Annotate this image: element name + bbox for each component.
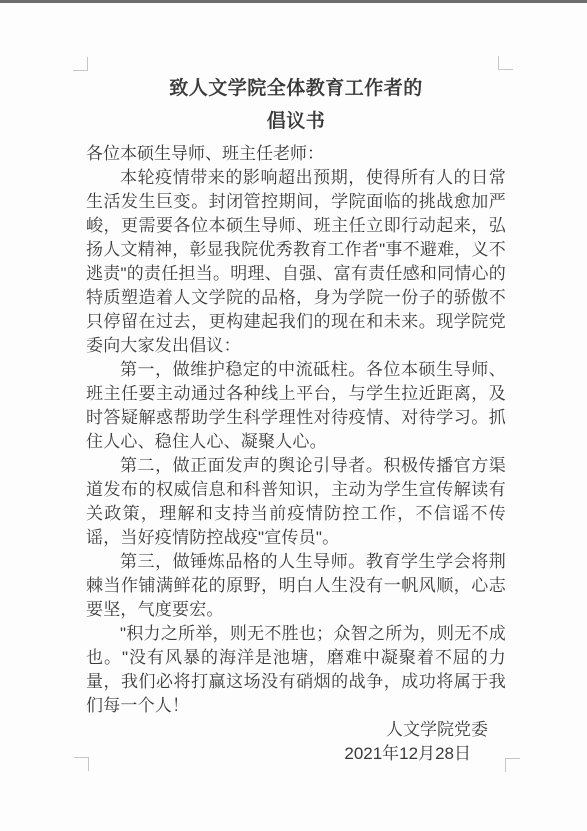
document-content: 致人文学院全体教育工作者的 倡议书 各位本硕生导师、班主任老师： 本轮疫情带来的… (86, 70, 506, 766)
salutation: 各位本硕生导师、班主任老师： (86, 142, 506, 166)
text-boundary-mark-top-left (73, 57, 88, 71)
paragraph-closing: "积力之所举，则无不胜也；众智之所为，则无不成也。"没有风暴的海洋是池塘，磨难中… (86, 622, 506, 718)
signature: 人文学院党委 (86, 718, 506, 742)
text-boundary-mark-top-right (498, 56, 513, 70)
signature-date: 2021年12月28日 (86, 742, 506, 766)
document-page: 致人文学院全体教育工作者的 倡议书 各位本硕生导师、班主任老师： 本轮疫情带来的… (0, 0, 587, 831)
paragraph-point-3: 第三，做锤炼品格的人生导师。教育学生学会将荆棘当作铺满鲜花的原野，明白人生没有一… (86, 550, 506, 622)
text-boundary-mark-bottom-right (505, 758, 520, 772)
document-title-line1: 致人文学院全体教育工作者的 (86, 72, 506, 105)
document-title: 致人文学院全体教育工作者的 倡议书 (86, 72, 506, 138)
paragraph-point-1: 第一，做维护稳定的中流砥柱。各位本硕生导师、班主任要主动通过各种线上平台，与学生… (86, 358, 506, 454)
document-title-line2: 倡议书 (86, 105, 506, 138)
paragraph-point-2: 第二，做正面发声的舆论引导者。积极传播官方渠道发布的权威信息和科普知识，主动为学… (86, 454, 506, 550)
window-top-edge (0, 0, 587, 3)
paragraph-intro: 本轮疫情带来的影响超出预期，使得所有人的日常生活发生巨变。封闭管控期间，学院面临… (86, 166, 506, 358)
